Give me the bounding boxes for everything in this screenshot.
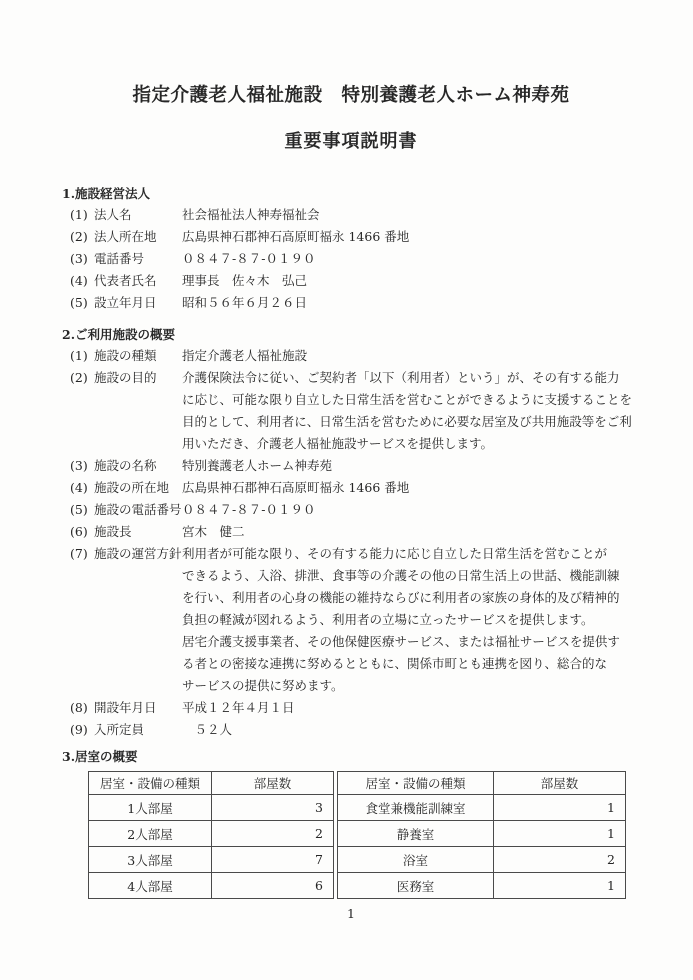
table-row: 3人部屋 7 bbox=[89, 847, 334, 873]
room-type-cell: 静養室 bbox=[338, 821, 494, 847]
item-label: 設立年月日 bbox=[94, 292, 182, 314]
item-number: (5) bbox=[70, 499, 94, 521]
item-value: 宮木 健二 bbox=[182, 521, 640, 543]
item-representative: (4) 代表者氏名 理事長 佐々木 弘己 bbox=[70, 270, 640, 292]
item-number: (2) bbox=[70, 367, 94, 389]
item-label: 法人所在地 bbox=[94, 226, 182, 248]
room-type-cell: 4人部屋 bbox=[89, 873, 212, 899]
item-label: 施設の電話番号 bbox=[94, 499, 182, 521]
table-row: 医務室 1 bbox=[338, 873, 626, 899]
table-row: 静養室 1 bbox=[338, 821, 626, 847]
item-number: (2) bbox=[70, 226, 94, 248]
room-count-cell: 2 bbox=[212, 821, 334, 847]
item-label: 法人名 bbox=[94, 204, 182, 226]
page-number: 1 bbox=[62, 906, 640, 922]
room-count-cell: 1 bbox=[494, 795, 626, 821]
room-type-cell: 3人部屋 bbox=[89, 847, 212, 873]
item-number: (1) bbox=[70, 204, 94, 226]
section-items: (1) 施設の種類 指定介護老人福祉施設 (2) 施設の目的 介護保険法令に従い… bbox=[70, 345, 640, 741]
room-count-cell: 6 bbox=[212, 873, 334, 899]
room-count-cell: 1 bbox=[494, 873, 626, 899]
item-opening-date: (8) 開設年月日 平成１２年４月１日 bbox=[70, 697, 640, 719]
item-value: 利用者が可能な限り、その有する能力に応じ自立した日常生活を営むことが できるよう… bbox=[182, 543, 640, 697]
item-value: 特別養護老人ホーム神寿苑 bbox=[182, 455, 640, 477]
table-row: 食堂兼機能訓練室 1 bbox=[338, 795, 626, 821]
column-header-room-count: 部屋数 bbox=[212, 772, 334, 795]
item-value: ５２人 bbox=[182, 719, 640, 741]
item-facility-address: (4) 施設の所在地 広島県神石郡神石高原町福永 1466 番地 bbox=[70, 477, 640, 499]
item-value: 理事長 佐々木 弘己 bbox=[182, 270, 640, 292]
item-facility-type: (1) 施設の種類 指定介護老人福祉施設 bbox=[70, 345, 640, 367]
item-number: (5) bbox=[70, 292, 94, 314]
room-count-cell: 3 bbox=[212, 795, 334, 821]
document-page: 指定介護老人福祉施設 特別養護老人ホーム神寿苑 重要事項説明書 1.施設経営法人… bbox=[0, 0, 693, 980]
room-type-cell: 食堂兼機能訓練室 bbox=[338, 795, 494, 821]
table-header-row: 居室・設備の種類 部屋数 bbox=[338, 772, 626, 795]
rooms-table-group: 居室・設備の種類 部屋数 1人部屋 3 2人部屋 2 3人部屋 bbox=[88, 771, 640, 899]
item-value: 指定介護老人福祉施設 bbox=[182, 345, 640, 367]
item-corporation-address: (2) 法人所在地 広島県神石郡神石高原町福永 1466 番地 bbox=[70, 226, 640, 248]
item-facility-phone: (5) 施設の電話番号 ０８４７-８７-０１９０ bbox=[70, 499, 640, 521]
section-heading: 1.施設経営法人 bbox=[62, 184, 640, 204]
item-value: 介護保険法令に従い、ご契約者「以下（利用者）という」が、その有する能力 に応じ、… bbox=[182, 367, 640, 455]
item-label: 代表者氏名 bbox=[94, 270, 182, 292]
room-type-cell: 1人部屋 bbox=[89, 795, 212, 821]
section-heading: 2.ご利用施設の概要 bbox=[62, 325, 640, 345]
item-label: 施設の所在地 bbox=[94, 477, 182, 499]
item-value: 広島県神石郡神石高原町福永 1466 番地 bbox=[182, 226, 640, 248]
item-label: 施設の運営方針 bbox=[94, 543, 182, 565]
item-label: 電話番号 bbox=[94, 248, 182, 270]
table-row: 4人部屋 6 bbox=[89, 873, 334, 899]
item-label: 施設の目的 bbox=[94, 367, 182, 389]
room-count-cell: 7 bbox=[212, 847, 334, 873]
item-number: (4) bbox=[70, 270, 94, 292]
item-label: 施設長 bbox=[94, 521, 182, 543]
room-type-cell: 2人部屋 bbox=[89, 821, 212, 847]
item-value: 昭和５６年６月２６日 bbox=[182, 292, 640, 314]
room-type-cell: 医務室 bbox=[338, 873, 494, 899]
item-facility-purpose: (2) 施設の目的 介護保険法令に従い、ご契約者「以下（利用者）という」が、その… bbox=[70, 367, 640, 455]
item-establishment-date: (5) 設立年月日 昭和５６年６月２６日 bbox=[70, 292, 640, 314]
item-facility-name: (3) 施設の名称 特別養護老人ホーム神寿苑 bbox=[70, 455, 640, 477]
item-facility-director: (6) 施設長 宮木 健二 bbox=[70, 521, 640, 543]
document-subtitle: 重要事項説明書 bbox=[62, 130, 640, 154]
section-facility-overview: 2.ご利用施設の概要 (1) 施設の種類 指定介護老人福祉施設 (2) 施設の目… bbox=[62, 325, 640, 741]
item-number: (8) bbox=[70, 697, 94, 719]
section-heading: 3.居室の概要 bbox=[62, 747, 640, 767]
item-number: (4) bbox=[70, 477, 94, 499]
room-count-cell: 1 bbox=[494, 821, 626, 847]
item-corporation-phone: (3) 電話番号 ０８４７-８７-０１９０ bbox=[70, 248, 640, 270]
section-rooms-overview: 3.居室の概要 居室・設備の種類 部屋数 1人部屋 3 2人部屋 bbox=[62, 747, 640, 899]
item-label: 施設の種類 bbox=[94, 345, 182, 367]
item-number: (9) bbox=[70, 719, 94, 741]
item-label: 開設年月日 bbox=[94, 697, 182, 719]
column-header-room-type: 居室・設備の種類 bbox=[89, 772, 212, 795]
item-number: (3) bbox=[70, 455, 94, 477]
room-type-cell: 浴室 bbox=[338, 847, 494, 873]
column-header-room-type: 居室・設備の種類 bbox=[338, 772, 494, 795]
item-label: 施設の名称 bbox=[94, 455, 182, 477]
room-count-cell: 2 bbox=[494, 847, 626, 873]
item-capacity: (9) 入所定員 ５２人 bbox=[70, 719, 640, 741]
item-number: (7) bbox=[70, 543, 94, 565]
item-value: 社会福祉法人神寿福祉会 bbox=[182, 204, 640, 226]
item-corporation-name: (1) 法人名 社会福祉法人神寿福祉会 bbox=[70, 204, 640, 226]
table-row: 2人部屋 2 bbox=[89, 821, 334, 847]
item-operation-policy: (7) 施設の運営方針 利用者が可能な限り、その有する能力に応じ自立した日常生活… bbox=[70, 543, 640, 697]
item-label: 入所定員 bbox=[94, 719, 182, 741]
item-value: ０８４７-８７-０１９０ bbox=[182, 248, 640, 270]
item-value: ０８４７-８７-０１９０ bbox=[182, 499, 640, 521]
item-number: (6) bbox=[70, 521, 94, 543]
item-number: (1) bbox=[70, 345, 94, 367]
item-number: (3) bbox=[70, 248, 94, 270]
section-management-corporation: 1.施設経営法人 (1) 法人名 社会福祉法人神寿福祉会 (2) 法人所在地 広… bbox=[62, 184, 640, 314]
rooms-table-left: 居室・設備の種類 部屋数 1人部屋 3 2人部屋 2 3人部屋 bbox=[88, 771, 334, 899]
item-value: 広島県神石郡神石高原町福永 1466 番地 bbox=[182, 477, 640, 499]
table-row: 1人部屋 3 bbox=[89, 795, 334, 821]
document-title: 指定介護老人福祉施設 特別養護老人ホーム神寿苑 bbox=[62, 84, 640, 108]
item-value: 平成１２年４月１日 bbox=[182, 697, 640, 719]
section-items: (1) 法人名 社会福祉法人神寿福祉会 (2) 法人所在地 広島県神石郡神石高原… bbox=[70, 204, 640, 314]
table-header-row: 居室・設備の種類 部屋数 bbox=[89, 772, 334, 795]
column-header-room-count: 部屋数 bbox=[494, 772, 626, 795]
table-row: 浴室 2 bbox=[338, 847, 626, 873]
rooms-table-right: 居室・設備の種類 部屋数 食堂兼機能訓練室 1 静養室 1 浴室 bbox=[337, 771, 626, 899]
